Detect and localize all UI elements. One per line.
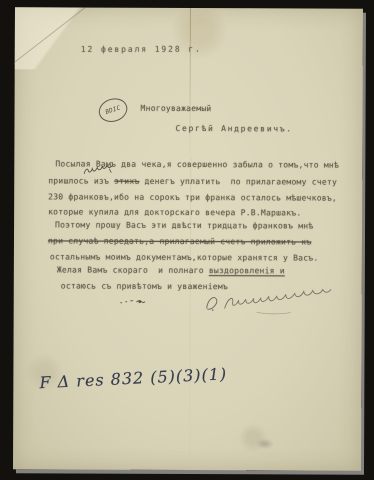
line-2-post: денегъ уплатить по прилагаемому счету xyxy=(139,177,337,187)
vertical-fold-line-faint xyxy=(189,158,191,470)
paragraph-1-line-2: пришлось изъ этихъ денегъ уплатить по пр… xyxy=(48,176,337,186)
date-line: 12 февраля 1928 г. xyxy=(81,45,202,54)
library-stamp-icon: BDIC xyxy=(96,95,131,126)
paragraph-1-line-3: 230 франковъ,ибо на сорокъ три франка ос… xyxy=(48,192,337,202)
corner-fold-highlight xyxy=(15,7,101,69)
closing-line-1: Желая Вамъ скораго и полнаго выздоровлен… xyxy=(57,265,285,275)
ink-scribble xyxy=(118,294,150,308)
letter-paper: 12 февраля 1928 г. BDIC Многоуважаемый С… xyxy=(13,7,363,471)
closing-pre: Желая Вамъ скораго и полнаго xyxy=(57,265,209,275)
stamp-text: BDIC xyxy=(105,104,122,115)
vertical-fold-line xyxy=(189,8,191,158)
handwritten-signature xyxy=(197,288,345,319)
salutation-line-1: Многоуважаемый xyxy=(141,104,212,113)
closing-underlined: выздоровленія и xyxy=(209,266,285,275)
paragraph-1-line-4: которые купила для докторскаго вечера Р.… xyxy=(48,207,301,217)
paragraph-2-line-3: остальнымъ моимъ документамъ,которые хра… xyxy=(50,252,319,262)
scan-frame: 12 февраля 1928 г. BDIC Многоуважаемый С… xyxy=(0,0,374,480)
struck-word: этихъ xyxy=(114,177,139,186)
line-2-pre: пришлось изъ xyxy=(48,176,114,185)
paragraph-2-line-1: Поэтому прошу Васъ эти двѣсти тридцать ф… xyxy=(55,220,313,230)
call-number: F Δ res 832 (5)(3)(1) xyxy=(39,364,228,392)
handwritten-insertion xyxy=(82,166,114,176)
salutation-line-2: Сергѣй Андреевичъ. xyxy=(175,124,292,134)
paragraph-2-line-2-struck: при случаѣ передать,а прилагаемый счетъ … xyxy=(48,236,311,246)
pencil-smudge xyxy=(256,438,274,449)
